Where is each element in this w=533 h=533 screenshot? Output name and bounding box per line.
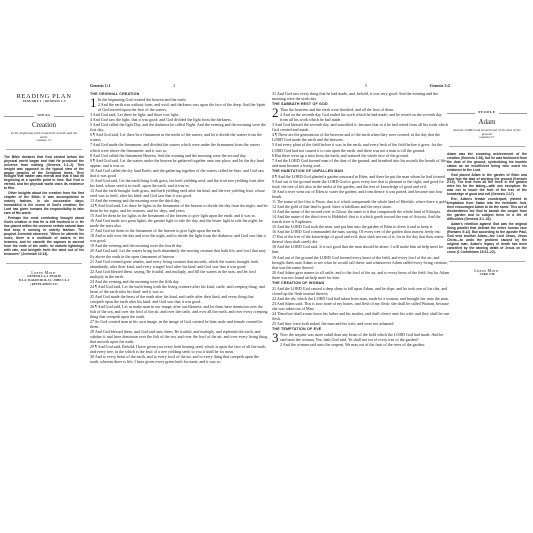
right-page: 3 Genesis 3:2 31 And God saw every thing… — [272, 83, 450, 347]
panel-quote-ref: Genesis 2:7 — [447, 136, 527, 140]
verse: 2 And on the seventh day God ended his w… — [272, 112, 450, 122]
verse: 27 So God created man in his own image, … — [90, 319, 268, 329]
panel-label: PEOPLE — [447, 111, 527, 115]
verse: 21 And the LORD God caused a deep sleep … — [272, 286, 450, 296]
learn-more: Learn More: LUKE 3:38 — [447, 269, 527, 277]
panel-body: The Bible declares that God existed befo… — [4, 156, 84, 257]
verse: 30 And to every beast of the earth, and … — [90, 354, 268, 364]
divider — [54, 116, 84, 117]
verse: 14 And the name of the third river is Hi… — [272, 214, 450, 224]
people-panel: PEOPLE Adam And the LORD God formed man … — [447, 111, 527, 277]
divider — [6, 149, 82, 150]
learn-more-ref: LUKE 3:38 — [447, 273, 527, 277]
verse: 9 ¶ And God said, Let the waters under t… — [90, 158, 268, 168]
panel-title: Adam — [447, 118, 527, 126]
verse: 14 ¶ And God said, Let there be lights i… — [90, 203, 268, 213]
panel-body: Adam was the crowning achievement of the… — [447, 153, 527, 255]
right-sidebar: PEOPLE Adam And the LORD God formed man … — [447, 83, 527, 277]
reading-plan-subtitle: JANUARY 1 | GENESIS 1-3 — [4, 100, 84, 104]
verse: 5 And every plant of the field before it… — [272, 142, 450, 152]
verse: 24 Therefore shall a man leave his fathe… — [272, 311, 450, 321]
verse: 24 ¶ And God said, Let the earth bring f… — [90, 284, 268, 294]
verse: 12 And the earth brought forth grass, an… — [90, 188, 268, 198]
verse: 10 And a river went out of Eden to water… — [272, 189, 450, 199]
verse: 18 And to rule over the day and over the… — [90, 233, 268, 243]
ideas-panel: IDEAS Creation In the beginning God crea… — [4, 114, 84, 287]
chapter-number: 1 — [90, 98, 97, 108]
verse: 21 And God created great whales, and eve… — [90, 259, 268, 269]
verse: 2 And the earth was without form, and vo… — [90, 102, 268, 112]
panel-paragraph: Eve, Adam's female counterpart, yielded … — [447, 198, 527, 222]
verse: 23 And Adam said, This is now bone of my… — [272, 301, 450, 311]
panel-paragraph: Other insights about the creation from t… — [4, 192, 84, 216]
verse: 25 And they were both naked, the man and… — [272, 321, 450, 326]
verse: 20 And God said, Let the waters bring fo… — [90, 248, 268, 258]
running-head: 3 Genesis 3:2 — [272, 83, 450, 91]
running-head-ref: Genesis 1:1 — [90, 83, 110, 91]
verse: 16 And God made two great lights; the gr… — [90, 218, 268, 228]
verse: 17 But of the tree of the knowledge of g… — [272, 234, 450, 244]
verse: 9 And out of the ground made the LORD Go… — [272, 179, 450, 189]
panel-label-text: IDEAS — [37, 114, 50, 118]
panel-paragraph: Adam was the crowning achievement of the… — [447, 153, 527, 173]
bible-page-spread: READING PLAN JANUARY 1 | GENESIS 1-3 IDE… — [0, 83, 533, 440]
verse: 7 And God made the firmament, and divide… — [90, 142, 268, 152]
learn-more-ref: | REVELATION 4:11 — [4, 283, 84, 287]
panel-paragraph: The Bible declares that God existed befo… — [4, 156, 84, 192]
panel-label: IDEAS — [4, 114, 84, 118]
left-page-text: THE ORIGINAL CREATION1In the beginning G… — [90, 92, 268, 365]
learn-more: Learn More: GENESIS 1:2–3 | PSALM 8:3–4 … — [4, 271, 84, 286]
page-number: 3 — [365, 83, 367, 91]
panel-quote-ref: Genesis 1:1 — [4, 139, 84, 143]
verse: 5 And God called the light Day, and the … — [90, 122, 268, 132]
verse: 2 And the woman said unto the serpent, W… — [272, 342, 450, 347]
chapter-number: 2 — [272, 108, 279, 118]
panel-label-text: PEOPLE — [478, 111, 495, 115]
verse: 19 And out of the ground the LORD God fo… — [272, 255, 450, 270]
verse: 3 And God blessed the seventh day, and s… — [272, 122, 450, 132]
verse: 4 ¶ These are the generations of the hea… — [272, 132, 450, 142]
right-page-text: 31 And God saw every thing that he had m… — [272, 91, 450, 347]
verse: 20 And Adam gave names to all cattle, an… — [272, 270, 450, 280]
running-head: Genesis 1:1 2 — [90, 83, 268, 91]
left-page: Genesis 1:1 2 THE ORIGINAL CREATION1In t… — [90, 83, 268, 365]
divider — [449, 261, 525, 262]
panel-paragraph: Adam's rebellion against God was the ori… — [447, 223, 527, 255]
verse: 7 And the LORD God formed man of the dus… — [272, 158, 450, 168]
verse: 25 And God made the beast of the earth a… — [90, 294, 268, 304]
panel-title: Creation — [4, 121, 84, 129]
chapter-number: 3 — [272, 333, 279, 343]
verse: 6 ¶ And God said, Let there be a firmame… — [90, 132, 268, 142]
page-number: 2 — [173, 83, 175, 91]
verse: 31 And God saw every thing that he had m… — [272, 91, 450, 101]
verse: 3Now the serpent was more subtil than an… — [272, 332, 450, 342]
panel-paragraph: God placed Adam in the garden of Eden an… — [447, 174, 527, 198]
verse: 11 And God said, Let the earth bring for… — [90, 178, 268, 188]
verse: 18 And the LORD God said, It is not good… — [272, 244, 450, 254]
divider — [6, 263, 82, 264]
panel-paragraph: Perhaps the most comforting thought abou… — [4, 217, 84, 257]
verse: 10 And God called the dry land Earth; an… — [90, 168, 268, 178]
verse: 28 And God blessed them, and God said un… — [90, 329, 268, 344]
divider — [4, 116, 34, 117]
divider — [499, 113, 527, 114]
verse: 22 And God blessed them, saying, Be frui… — [90, 269, 268, 279]
left-sidebar: READING PLAN JANUARY 1 | GENESIS 1-3 IDE… — [4, 83, 84, 286]
verse: 26 ¶ And God said, Let us make man in ou… — [90, 304, 268, 319]
divider — [447, 113, 475, 114]
verse: 29 ¶ And God said, Behold, I have given … — [90, 344, 268, 354]
divider — [449, 146, 525, 147]
